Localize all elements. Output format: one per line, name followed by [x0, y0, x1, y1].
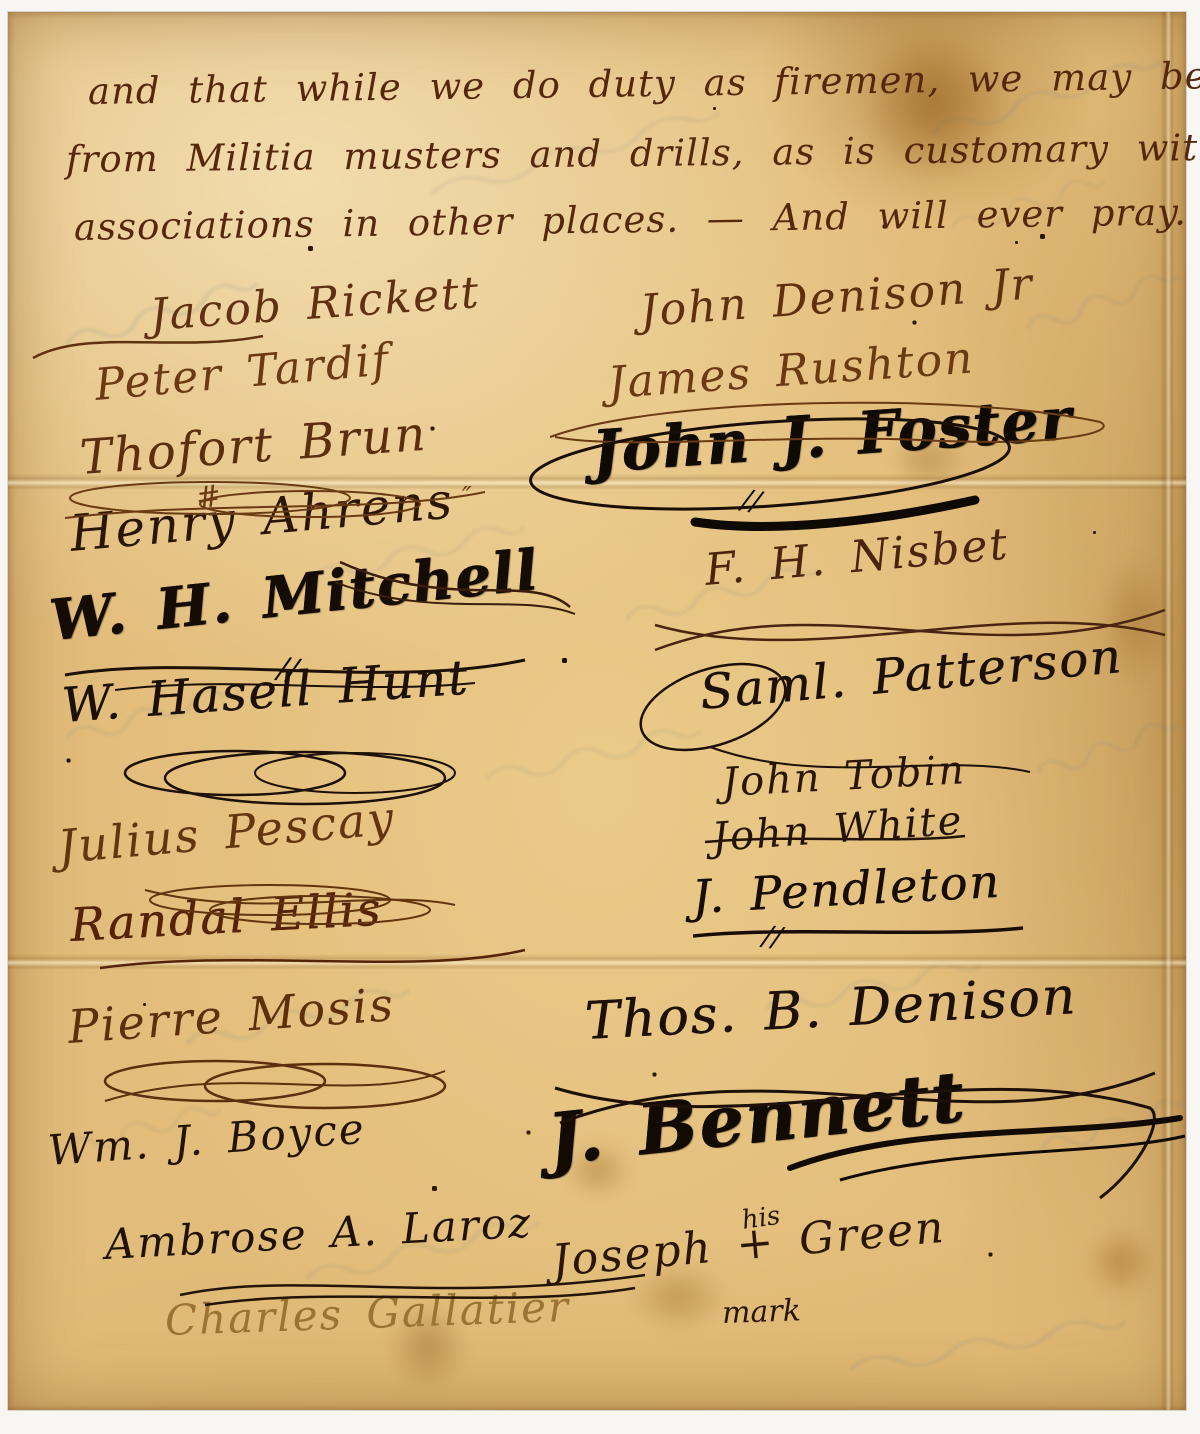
ink-specks [8, 12, 9, 13]
ditto-mark: ″ [462, 482, 472, 512]
his-mark-annotation: his [740, 1201, 782, 1236]
mark-annotation: mark [721, 1293, 801, 1331]
age-stain [1086, 1227, 1156, 1297]
ditto-mark: # [194, 478, 224, 516]
fold-crease-horizontal-lower [8, 954, 1186, 970]
document-page: and that while we do duty as firemen, we… [0, 0, 1200, 1434]
